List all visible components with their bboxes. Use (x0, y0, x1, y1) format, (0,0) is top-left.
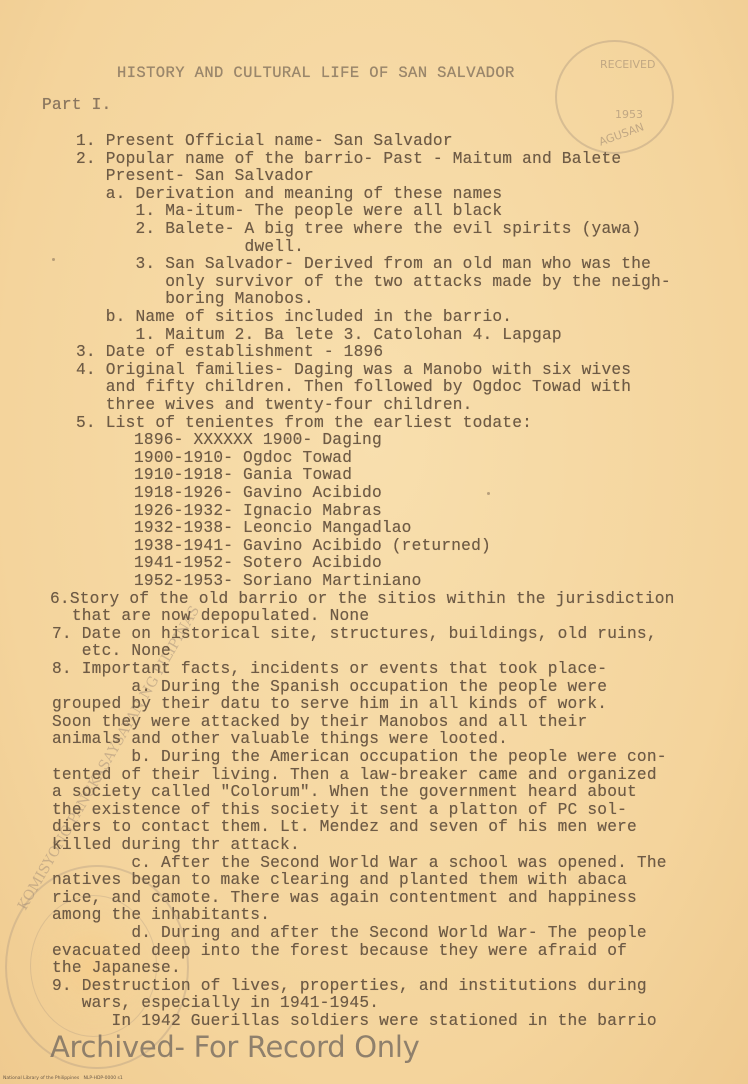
body-line: In 1942 Guerillas soldiers were statione… (52, 1012, 657, 1030)
body-line: dwell. (76, 238, 304, 256)
body-line: natives began to make clearing and plant… (52, 871, 627, 889)
body-line: 3. Date of establishment - 1896 (76, 343, 383, 361)
body-line: animals and other valuable things were l… (52, 730, 508, 748)
body-line: evacuated deep into the forest because t… (52, 942, 627, 960)
paper-speck (52, 258, 55, 261)
received-stamp-year: 1953 (615, 108, 643, 121)
body-line: etc. None (52, 642, 171, 660)
teniente-entry: 1926-1932- Ignacio Mabras (134, 502, 382, 520)
body-line: killed during thr attack. (52, 836, 300, 854)
part-heading: Part I. (42, 96, 111, 114)
teniente-entry: 1910-1918- Gania Towad (134, 466, 352, 484)
body-line: three wives and twenty-four children. (76, 396, 473, 414)
paper-speck (487, 492, 490, 495)
body-line: 4. Original families- Daging was a Manob… (76, 361, 631, 379)
teniente-entry: 1900-1910- Ogdoc Towad (134, 449, 352, 467)
body-line: boring Manobos. (76, 290, 314, 308)
body-line: a. Derivation and meaning of these names (76, 185, 502, 203)
body-line: rice, and camote. There was again conten… (52, 889, 637, 907)
body-line: wars, especially in 1941-1945. (52, 994, 379, 1012)
body-line: Soon they were attacked by their Manobos… (52, 713, 587, 731)
body-line: b. During the American occupation the pe… (52, 748, 667, 766)
body-line: 8. Important facts, incidents or events … (52, 660, 607, 678)
body-line: Present- San Salvador (76, 167, 314, 185)
body-line: and fifty children. Then followed by Ogd… (76, 378, 631, 396)
body-line: that are now depopulated. None (52, 607, 369, 625)
body-line: only survivor of the two attacks made by… (76, 273, 671, 291)
teniente-entry: 1941-1952- Sotero Acibido (134, 554, 382, 572)
body-line: 3. San Salvador- Derived from an old man… (76, 255, 651, 273)
body-line: a society called "Colorum". When the gov… (52, 783, 637, 801)
body-line: 6.Story of the old barrio or the sitios … (50, 590, 675, 608)
body-line: grouped by their datu to serve him in al… (52, 695, 607, 713)
archive-watermark: Archived- For Record Only (50, 1030, 419, 1064)
body-line: the existence of this society it sent a … (52, 801, 627, 819)
body-line: 9. Destruction of lives, properties, and… (52, 977, 647, 995)
body-line: d. During and after the Second World War… (52, 924, 647, 942)
teniente-entry: 1896- XXXXXX 1900- Daging (134, 431, 382, 449)
body-line: tented of their living. Then a law-break… (52, 766, 657, 784)
body-line: 1. Ma-itum- The people were all black (76, 202, 502, 220)
body-line: 7. Date on historical site, structures, … (52, 625, 657, 643)
received-stamp-label: RECEIVED (600, 58, 655, 71)
body-line: 2. Popular name of the barrio- Past - Ma… (76, 150, 621, 168)
library-footer: National Library of the Philippines NLP-… (3, 1076, 123, 1081)
teniente-entry: 1932-1938- Leoncio Mangadlao (134, 519, 412, 537)
document-title: HISTORY AND CULTURAL LIFE OF SAN SALVADO… (117, 64, 515, 82)
body-line: c. After the Second World War a school w… (52, 854, 667, 872)
body-line: diers to contact them. Lt. Mendez and se… (52, 818, 637, 836)
teniente-entry: 1952-1953- Soriano Martiniano (134, 572, 422, 590)
body-line: the Japanese. (52, 959, 181, 977)
body-line: 1. Maitum 2. Ba lete 3. Catolohan 4. Lap… (76, 326, 562, 344)
body-line: 2. Balete- A big tree where the evil spi… (76, 220, 641, 238)
body-line: a. During the Spanish occupation the peo… (52, 678, 607, 696)
teniente-entry: 1938-1941- Gavino Acibido (returned) (134, 537, 491, 555)
document-page: RECEIVED 1953 AGUSAN KOMISYONG PANGKASAY… (0, 0, 748, 1084)
teniente-entry: 1918-1926- Gavino Acibido (134, 484, 382, 502)
body-line: b. Name of sitios included in the barrio… (76, 308, 512, 326)
body-line: 1. Present Official name- San Salvador (76, 132, 453, 150)
body-line: among the inhabitants. (52, 906, 270, 924)
body-line: 5. List of tenientes from the earliest t… (76, 414, 532, 432)
